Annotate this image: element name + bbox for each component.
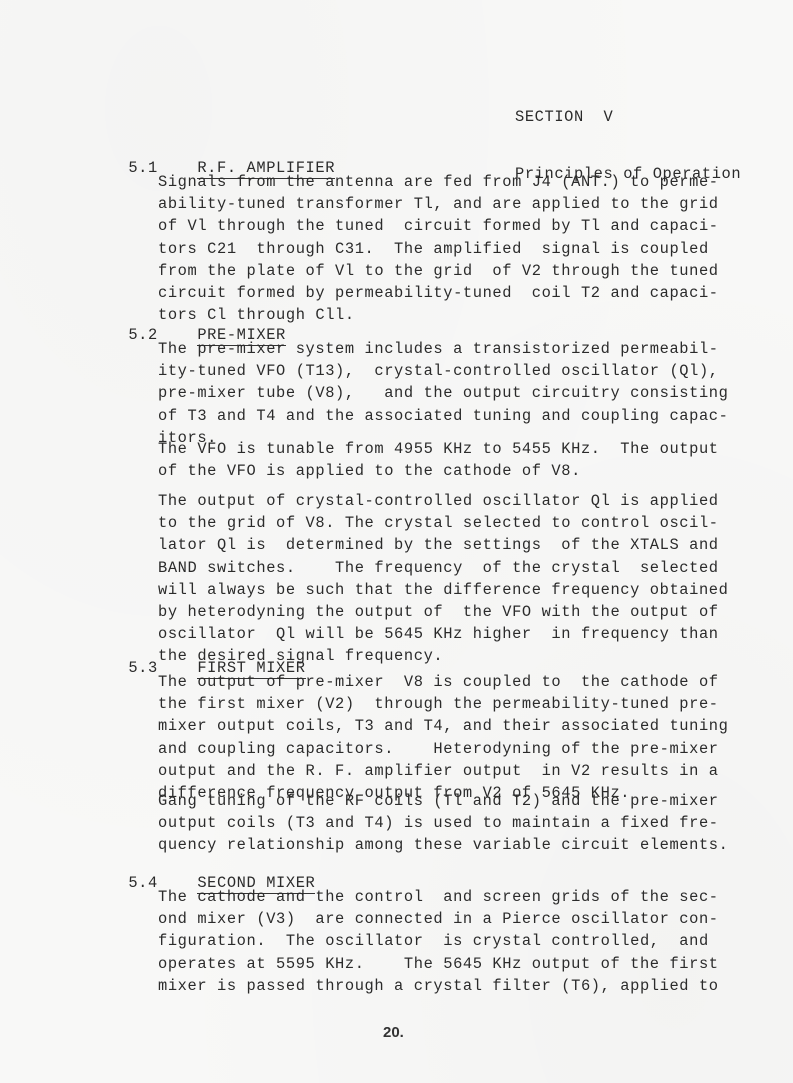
paragraph-5-4-a: The cathode and the control and screen g… [158,886,719,997]
text-line: lator Ql is determined by the settings o… [158,534,728,556]
text-line: Signals from the antenna are fed from J4… [158,171,719,193]
text-line: pre-mixer tube (V8), and the output circ… [158,382,728,404]
text-line: The pre-mixer system includes a transist… [158,338,728,360]
text-line: output and the R. F. amplifier output in… [158,760,728,782]
text-line: to the grid of V8. The crystal selected … [158,512,728,534]
text-line: of the VFO is applied to the cathode of … [158,460,719,482]
text-line: The output of pre-mixer V8 is coupled to… [158,671,728,693]
text-line: The VFO is tunable from 4955 KHz to 5455… [158,438,719,460]
text-line: from the plate of Vl to the grid of V2 t… [158,260,719,282]
text-line: by heterodyning the output of the VFO wi… [158,601,728,623]
text-line: mixer is passed through a crystal filter… [158,975,719,997]
text-line: output coils (T3 and T4) is used to main… [158,812,728,834]
text-line: ity-tuned VFO (T13), crystal-controlled … [158,360,728,382]
page-number: 20. [383,1024,404,1041]
paragraph-5-1-a: Signals from the antenna are fed from J4… [158,171,719,326]
text-line: The output of crystal-controlled oscilla… [158,490,728,512]
paragraph-5-3-b: Gang tuning of the RF coils (Tl and T2) … [158,790,728,857]
text-line: Gang tuning of the RF coils (Tl and T2) … [158,790,728,812]
paragraph-5-3-a: The output of pre-mixer V8 is coupled to… [158,671,728,804]
text-line: of T3 and T4 and the associated tuning a… [158,405,728,427]
text-line: ond mixer (V3) are connected in a Pierce… [158,908,719,930]
text-line: The cathode and the control and screen g… [158,886,719,908]
text-line: BAND switches. The frequency of the crys… [158,557,728,579]
paragraph-5-2-a: The pre-mixer system includes a transist… [158,338,728,449]
text-line: of Vl through the tuned circuit formed b… [158,215,719,237]
section-label: SECTION V [515,108,741,127]
document-page: SECTION V Principles of Operation 5.1R.F… [0,0,793,1083]
text-line: and coupling capacitors. Heterodyning of… [158,738,728,760]
paragraph-5-2-b: The VFO is tunable from 4955 KHz to 5455… [158,438,719,482]
text-line: quency relationship among these variable… [158,834,728,856]
text-line: circuit formed by permeability-tuned coi… [158,282,719,304]
text-line: ability-tuned transformer Tl, and are ap… [158,193,719,215]
text-line: figuration. The oscillator is crystal co… [158,930,719,952]
text-line: the first mixer (V2) through the permeab… [158,693,728,715]
text-line: mixer output coils, T3 and T4, and their… [158,715,728,737]
text-line: will always be such that the difference … [158,579,728,601]
text-line: operates at 5595 KHz. The 5645 KHz outpu… [158,953,719,975]
text-line: tors C21 through C31. The amplified sign… [158,238,719,260]
